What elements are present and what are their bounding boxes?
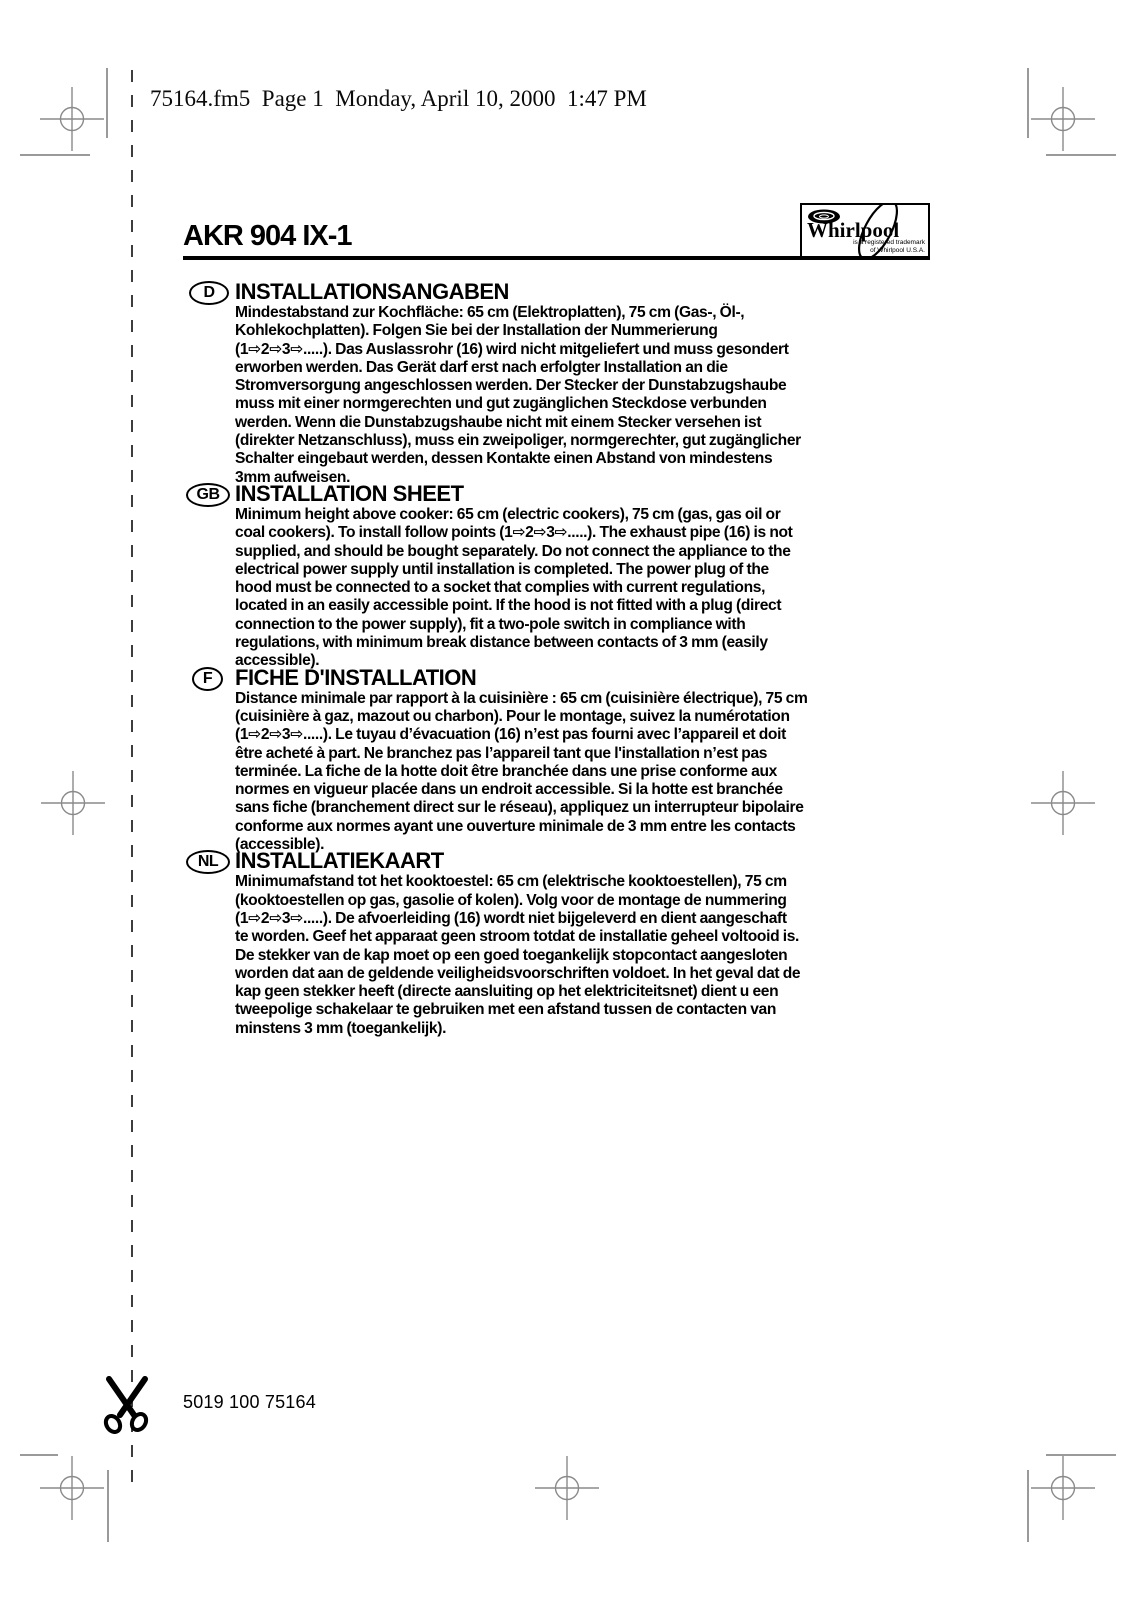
cut-line	[131, 70, 133, 1482]
language-badge-nl: NL	[186, 850, 230, 874]
scissors-icon	[101, 1376, 153, 1434]
section-german: D INSTALLATIONSANGABEN Mindestabstand zu…	[235, 280, 919, 487]
registration-mark-icon	[40, 87, 104, 151]
language-badge-gb: GB	[186, 483, 230, 507]
page-container: { "page": { "header": "75164.fm5 Page 1 …	[0, 0, 1131, 1600]
section-english: GB INSTALLATION SHEET Minimum height abo…	[235, 482, 919, 671]
trim-line-top-left-h	[20, 154, 90, 156]
registration-mark-icon	[1031, 1456, 1095, 1520]
registration-mark-icon	[1031, 87, 1095, 151]
registration-mark-icon	[41, 771, 105, 835]
section-body: Distance minimale par rapport à la cuisi…	[235, 690, 919, 855]
registration-mark-icon	[535, 1456, 599, 1520]
section-body: Minimumafstand tot het kooktoestel: 65 c…	[235, 873, 919, 1038]
trim-line-top-right-v	[1027, 68, 1029, 138]
trim-line-bottom-right-v	[1027, 1470, 1029, 1542]
trim-line-top-right-h	[1046, 154, 1116, 156]
trim-line-top-left-v	[106, 68, 108, 138]
language-badge-d: D	[189, 281, 229, 305]
section-title: INSTALLATIEKAART	[235, 849, 919, 873]
section-title: INSTALLATIONSANGABEN	[235, 280, 919, 304]
section-dutch: NL INSTALLATIEKAART Minimumafstand tot h…	[235, 849, 919, 1038]
section-body: Mindestabstand zur Kochfläche: 65 cm (El…	[235, 304, 919, 487]
language-badge-f: F	[192, 667, 223, 691]
section-french: F FICHE D'INSTALLATION Distance minimale…	[235, 666, 919, 855]
registration-mark-icon	[40, 1456, 104, 1520]
document-header-text: 75164.fm5 Page 1 Monday, April 10, 2000 …	[150, 86, 647, 112]
whirlpool-logo-box: Whirlpool is a registered trademark of W…	[800, 203, 930, 258]
model-title: AKR 904 IX-1	[183, 220, 352, 253]
section-title: FICHE D'INSTALLATION	[235, 666, 919, 690]
whirlpool-trademark: is a registered trademark of Whirlpool U…	[853, 239, 925, 254]
footer-part-number: 5019 100 75164	[183, 1392, 316, 1413]
registration-mark-icon	[1031, 771, 1095, 835]
section-body: Minimum height above cooker: 65 cm (elec…	[235, 506, 919, 671]
sections: D INSTALLATIONSANGABEN Mindestabstand zu…	[235, 280, 919, 1033]
section-title: INSTALLATION SHEET	[235, 482, 919, 506]
trim-line-bottom-left-v	[107, 1470, 109, 1542]
